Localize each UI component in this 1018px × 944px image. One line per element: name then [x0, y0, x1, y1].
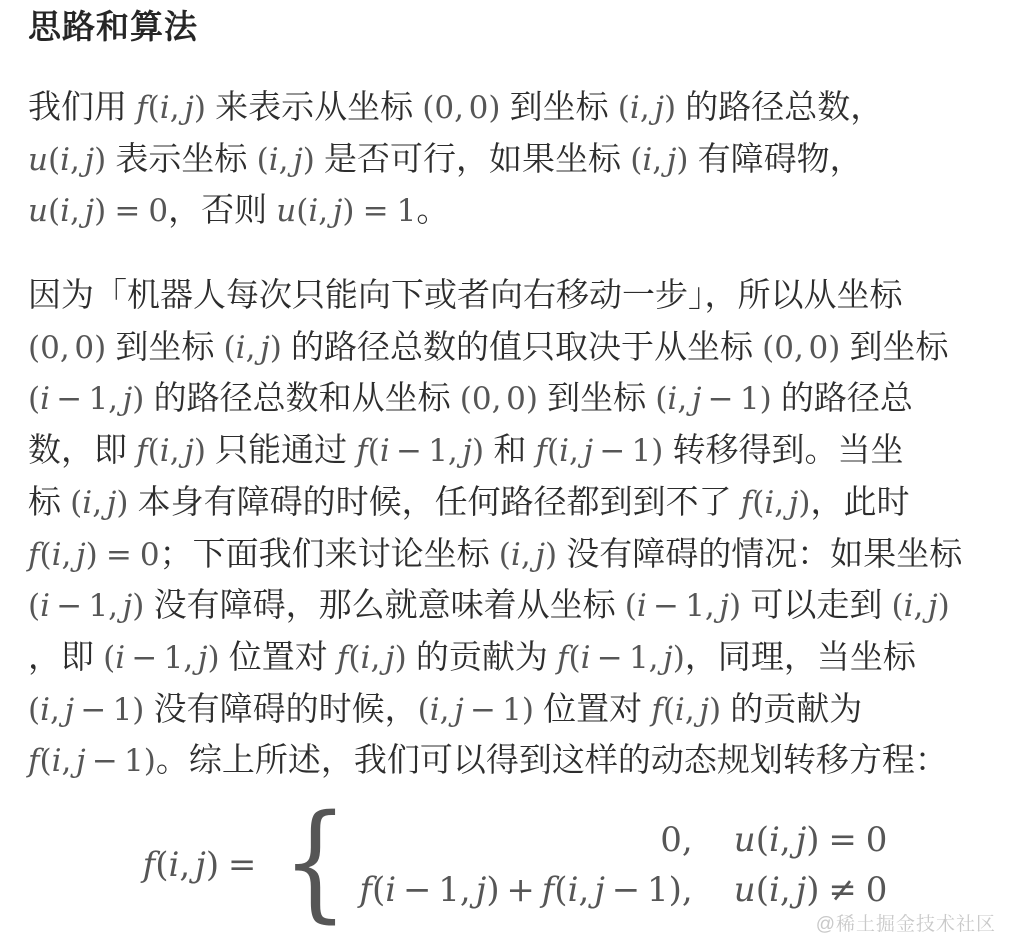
cn-text: 我们用 — [28, 88, 136, 125]
cn-text: 是否可行，如果坐标 — [315, 140, 630, 177]
inline-math: f(i,j) — [136, 90, 206, 126]
text-line: 我们用 f(i,j) 来表示从坐标 (0,0) 到坐标 (i,j) 的路径总数， — [28, 81, 990, 133]
text-line: f(i,j)=0；下面我们来讨论坐标 (i,j) 没有障碍的情况：如果坐标 — [28, 528, 990, 580]
text-line: 因为「机器人每次只能向下或者向右移动一步」，所以从坐标 — [28, 269, 990, 321]
text-line: 数，即 f(i,j) 只能通过 f(i−1,j) 和 f(i,j−1) 转移得到… — [28, 424, 990, 476]
cn-text: 没有障碍的时候， — [144, 690, 417, 727]
cn-text: 标 — [28, 483, 70, 520]
case-condition: u(i,j)=0 — [734, 815, 888, 865]
inline-math: (i−1,j) — [625, 588, 741, 624]
cn-text: 到坐标 — [500, 88, 617, 125]
cn-text: 因为「机器人每次只能向下或者向右移动一步」，所以从坐标 — [28, 276, 903, 313]
cn-text: 的贡献为 — [407, 638, 557, 675]
formula-lhs: f(i,j)= — [143, 848, 266, 882]
paragraph-1: 我们用 f(i,j) 来表示从坐标 (0,0) 到坐标 (i,j) 的路径总数，… — [28, 81, 990, 236]
inline-math: (i,j) — [630, 142, 688, 178]
inline-math: f(i−1,j) — [356, 433, 484, 469]
inline-math: (i,j−1) — [655, 381, 771, 417]
inline-math: (i,j) — [618, 90, 676, 126]
cn-text: ，同理，当坐标 — [685, 638, 916, 675]
inline-math: f(i,j−1) — [536, 433, 664, 469]
case-value: f(i−1,j)+f(i,j−1), — [359, 865, 697, 915]
cn-text: 转移得到。当坐 — [663, 431, 903, 468]
inline-math: (i−1,j) — [28, 588, 144, 624]
formula-block: f(i,j)= { 0,u(i,j)=0f(i−1,j)+f(i,j−1),u(… — [34, 810, 996, 920]
inline-math: (i,j) — [892, 588, 950, 624]
text-line: f(i,j−1)。综上所述，我们可以得到这样的动态规划转移方程： — [28, 734, 990, 786]
inline-math: (i,j) — [70, 485, 128, 521]
inline-math: u(i,j)=0 — [28, 193, 168, 229]
inline-math: u(i,j) — [28, 142, 106, 178]
cn-text: 的贡献为 — [721, 690, 862, 727]
formula-cases: 0,u(i,j)=0f(i−1,j)+f(i,j−1),u(i,j)≠0 — [359, 815, 887, 915]
inline-math: (i−1,j) — [28, 381, 144, 417]
cn-text: 表示坐标 — [106, 140, 256, 177]
cn-text: 到坐标 — [538, 379, 655, 416]
inline-math: (i,j) — [499, 537, 557, 573]
cn-text: 只能通过 — [206, 431, 356, 468]
inline-math: (i,j−1) — [28, 692, 144, 728]
inline-math: f(i,j) — [136, 433, 206, 469]
cn-text: 有障碍物， — [688, 140, 862, 177]
cn-text: 和 — [484, 431, 535, 468]
paragraph-2: 因为「机器人每次只能向下或者向右移动一步」，所以从坐标(0,0) 到坐标 (i,… — [28, 269, 990, 786]
case-condition: u(i,j)≠0 — [734, 865, 888, 915]
text-line: (i−1,j) 没有障碍，那么就意味着从坐标 (i−1,j) 可以走到 (i,j… — [28, 579, 990, 631]
text-line: (0,0) 到坐标 (i,j) 的路径总数的值只取决于从坐标 (0,0) 到坐标 — [28, 321, 990, 373]
cn-text: 的路径总数， — [676, 88, 883, 125]
cn-text: 到坐标 — [106, 328, 223, 365]
text-line: 标 (i,j) 本身有障碍的时候，任何路径都到到不了 f(i,j)，此时 — [28, 476, 990, 528]
inline-math: u(i,j)=1 — [276, 193, 416, 229]
text-line: u(i,j)=0，否则 u(i,j)=1。 — [28, 184, 990, 236]
inline-math: f(i,j) — [337, 640, 407, 676]
text-line: (i−1,j) 的路径总数和从坐标 (0,0) 到坐标 (i,j−1) 的路径总 — [28, 372, 990, 424]
cn-text: 位置对 — [220, 638, 337, 675]
cn-text: 没有障碍的情况：如果坐标 — [557, 535, 962, 572]
inline-math: (0,0) — [460, 381, 538, 417]
inline-math: (0,0) — [422, 90, 500, 126]
inline-math: f(i,j) — [741, 485, 811, 521]
article-content: 思路和算法 我们用 f(i,j) 来表示从坐标 (0,0) 到坐标 (i,j) … — [0, 0, 1018, 920]
inline-math: (i−1,j) — [103, 640, 219, 676]
text-line: u(i,j) 表示坐标 (i,j) 是否可行，如果坐标 (i,j) 有障碍物， — [28, 133, 990, 185]
inline-math: (0,0) — [28, 330, 106, 366]
inline-math: f(i,j) — [651, 692, 721, 728]
left-curly-brace: { — [282, 810, 348, 914]
cn-text: 到坐标 — [840, 328, 948, 365]
inline-math: (0,0) — [762, 330, 840, 366]
cn-text: 没有障碍，那么就意味着从坐标 — [144, 586, 624, 623]
inline-math: (i,j−1) — [418, 692, 534, 728]
cn-text: 来表示从坐标 — [206, 88, 422, 125]
cn-text: 的路径总数的值只取决于从坐标 — [282, 328, 762, 365]
cn-text: 的路径总数和从坐标 — [144, 379, 459, 416]
cn-text: 。 — [416, 191, 449, 228]
inline-math: f(i,j−1) — [28, 743, 156, 779]
watermark: @稀土掘金技术社区 — [816, 909, 996, 936]
cn-text: ，即 — [28, 638, 103, 675]
article-page: 思路和算法 我们用 f(i,j) 来表示从坐标 (0,0) 到坐标 (i,j) … — [0, 0, 1018, 944]
cn-text: 的路径总 — [772, 379, 913, 416]
page-title: 思路和算法 — [28, 6, 990, 48]
cn-text: 数，即 — [28, 431, 136, 468]
inline-math: (i,j) — [224, 330, 282, 366]
text-line: ，即 (i−1,j) 位置对 f(i,j) 的贡献为 f(i−1,j)，同理，当… — [28, 631, 990, 683]
cn-text: 位置对 — [534, 690, 651, 727]
inline-math: (i,j) — [257, 142, 315, 178]
case-value: 0, — [660, 815, 698, 865]
cn-text: 。综上所述，我们可以得到这样的动态规划转移方程： — [156, 741, 948, 778]
text-line: (i,j−1) 没有障碍的时候，(i,j−1) 位置对 f(i,j) 的贡献为 — [28, 683, 990, 735]
cn-text: 本身有障碍的时候，任何路径都到到不了 — [128, 483, 740, 520]
cn-text: 可以走到 — [741, 586, 891, 623]
cn-text: ，此时 — [811, 483, 910, 520]
cn-text: ；下面我们来讨论坐标 — [160, 535, 499, 572]
inline-math: f(i−1,j) — [557, 640, 685, 676]
inline-math: f(i,j)=0 — [28, 537, 160, 573]
cn-text: ，否则 — [168, 191, 276, 228]
